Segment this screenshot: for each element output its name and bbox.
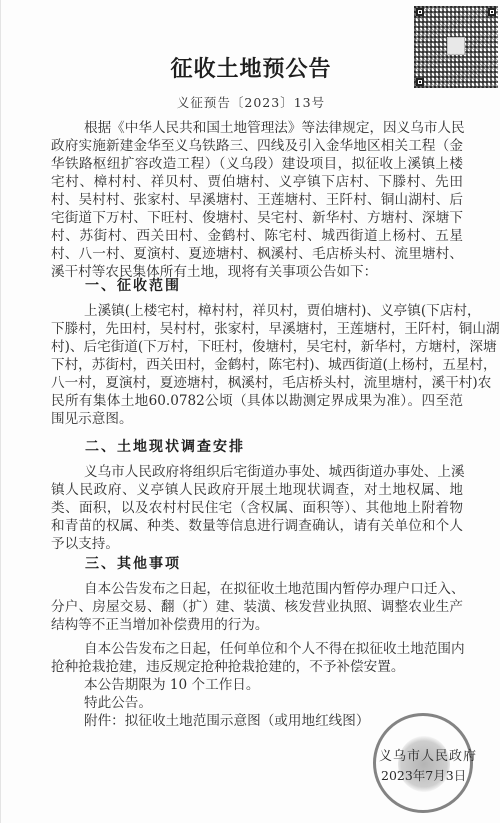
text-line: 村、吴村村、张家村、早溪塘村、王莲塘村、王阡村、铜山湖村、后 [51, 191, 463, 209]
document-number: 义征预告〔2023〕13号 [1, 93, 500, 111]
section-heading-other: 三、其他事项 [85, 553, 181, 573]
text-line: 类、面积，以及农村村民住宅（含权属、面积等）、其他地上附着物 [51, 499, 463, 517]
closing-statement: 特此公告。 [51, 694, 463, 712]
document-title: 征收土地预公告 [1, 52, 500, 83]
text-line: 和青苗的权属、种类、数量等信息进行调查确认，请有关单位和个人 [51, 517, 463, 535]
text-line: 结构等不正当增加补偿费用的行为。 [51, 616, 463, 634]
text-line: 宅街道下万村、下旺村、俊塘村、吴宅村、新华村、方塘村、深塘下 [51, 209, 463, 227]
notice-period: 本公告期限为 10 个工作日。 [51, 676, 463, 694]
text-line: 八一村，夏演村，夏迹塘村，枫溪村，毛店桥头村，流里塘村，溪干村)农 [51, 374, 463, 392]
text-line: 宅村、樟村村、祥贝村、贾伯塘村、义亭镇下店村、下滕村、先田 [51, 173, 463, 191]
issuer-name: 义乌市人民政府 [379, 745, 477, 764]
section-scope-paragraph: 上溪镇(上楼宅村，樟村村，祥贝村，贾伯塘村)、义亭镇(下店村， 下滕村，先田村，… [51, 302, 463, 428]
text-line: 镇人民政府、义亭镇人民政府开展土地现状调查，对土地权属、地 [51, 481, 463, 499]
text-line: 抢种抢栽抢建，违反规定抢种抢栽抢建的，不予补偿安置。 [51, 658, 463, 676]
issue-date: 2023年7月3日 [381, 766, 466, 784]
text-line: 根据《中华人民共和国土地管理法》等法律规定，因义乌市人民 [51, 119, 463, 137]
qr-finder-icon [488, 8, 496, 16]
text-line: 围见示意图。 [51, 410, 463, 428]
text-line: 下村，苏街村，西关田村，金鹤村，陈宅村)、城西街道(上杨村，五星村， [51, 356, 463, 374]
intro-paragraph: 根据《中华人民共和国土地管理法》等法律规定，因义乌市人民 政府实施新建金华至义乌… [51, 119, 463, 281]
text-line: 村、八一村、夏演村、夏迹塘村、枫溪村、毛店桥头村、流里塘村、 [51, 245, 463, 263]
text-line: 民所有集体土地60.0782公顷（具体以勘测定界成果为准）。四至范 [51, 392, 463, 410]
qr-finder-icon [416, 8, 424, 16]
section-heading-scope: 一、征收范围 [85, 275, 181, 295]
text-line: 下滕村，先田村，吴村村，张家村，早溪塘村，王莲塘村，王阡村，铜山湖 [51, 320, 463, 338]
section-heading-survey: 二、土地现状调查安排 [85, 436, 245, 456]
text-line: 政府实施新建金华至义乌铁路三、四线及引入金华地区相关工程（金 [51, 137, 463, 155]
text-line: 义乌市人民政府将组织后宅街道办事处、城西街道办事处、上溪 [51, 463, 463, 481]
text-line: 华铁路枢纽扩容改造工程）（义乌段）建设项目，拟征收上溪镇上楼 [51, 155, 463, 173]
section-other-paragraph-1: 自本公告发布之日起，在拟征收土地范围内暂停办理户口迁入、 分户、房屋交易、翻（扩… [51, 580, 463, 634]
section-other-paragraph-2: 自本公告发布之日起，任何单位和个人不得在拟征收土地范围内 抢种抢栽抢建，违反规定… [51, 640, 463, 730]
text-line: 自本公告发布之日起，任何单位和个人不得在拟征收土地范围内 [51, 640, 463, 658]
text-line: 村)、后宅街道(下万村，下旺村，俊塘村，吴宅村，新华村，方塘村，深塘 [51, 338, 463, 356]
text-line: 自本公告发布之日起，在拟征收土地范围内暂停办理户口迁入、 [51, 580, 463, 598]
document-page: 征收土地预公告 义征预告〔2023〕13号 根据《中华人民共和国土地管理法》等法… [0, 0, 500, 823]
section-survey-paragraph: 义乌市人民政府将组织后宅街道办事处、城西街道办事处、上溪 镇人民政府、义亭镇人民… [51, 463, 463, 553]
text-line: 上溪镇(上楼宅村，樟村村，祥贝村，贾伯塘村)、义亭镇(下店村， [51, 302, 463, 320]
text-line: 村、苏街村、西关田村、金鹤村、陈宅村、城西街道上杨村、五星 [51, 227, 463, 245]
text-line: 分户、房屋交易、翻（扩）建、装潢、核发营业执照、调整农业生产 [51, 598, 463, 616]
text-line: 予以支持。 [51, 535, 463, 553]
